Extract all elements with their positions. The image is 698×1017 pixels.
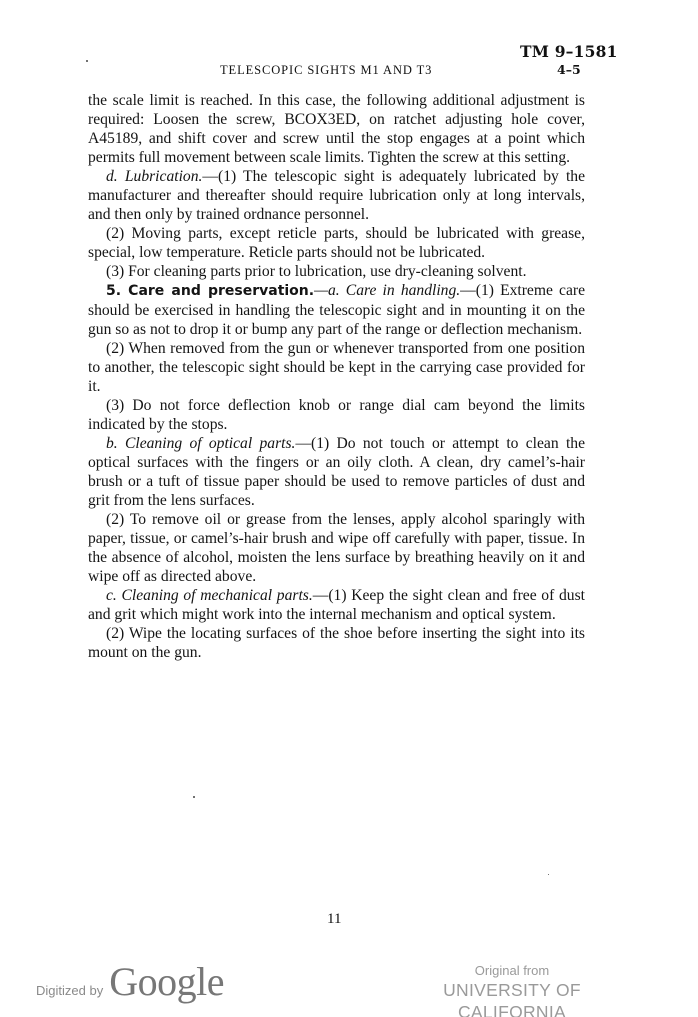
paragraph-mechanical-1: c. Cleaning of mechanical parts.—(1) Kee… [88,586,585,624]
running-title: TELESCOPIC SIGHTS M1 AND T3 [220,63,432,78]
subsection-label-handling: —a. Care in handling. [314,282,460,299]
paragraph-adjustment: the scale limit is reached. In this case… [88,91,585,167]
scan-speck [86,60,88,62]
paragraph-optical-1: b. Cleaning of optical parts.—(1) Do not… [88,434,585,510]
subsection-label-lubrication: d. Lubrication. [106,168,202,185]
paragraph-care-3: (3) Do not force deflection knob or rang… [88,396,585,434]
original-from-watermark: Original from UNIVERSITY OF CALIFORNIA [390,962,634,1017]
paragraph-care-2: (2) When removed from the gun or wheneve… [88,339,585,396]
subsection-label-optical: b. Cleaning of optical parts. [106,435,295,452]
digitized-by-watermark: Digitized by Google [36,958,224,1005]
body-text: the scale limit is reached. In this case… [88,91,585,662]
tm-number: TM 9–1581 [520,42,618,61]
google-logo: Google [109,958,224,1005]
paragraph-mechanical-2: (2) Wipe the locating surfaces of the sh… [88,624,585,662]
university-name: UNIVERSITY OF CALIFORNIA [390,979,634,1017]
page-number: 11 [327,911,341,928]
section-heading-care: 5. Care and preservation. [106,283,314,299]
digitized-by-label: Digitized by [36,983,103,998]
scan-speck [548,874,549,875]
paragraph-optical-2: (2) To remove oil or grease from the len… [88,510,585,586]
original-from-label: Original from [390,962,634,979]
paragraph-care-1: 5. Care and preservation.—a. Care in han… [88,281,585,339]
paragraph-lubrication-2: (2) Moving parts, except reticle parts, … [88,224,585,262]
subsection-label-mechanical: c. Cleaning of mechanical parts. [106,587,313,604]
paragraph-lubrication-1: d. Lubrication.—(1) The telescopic sight… [88,167,585,224]
section-reference: 4–5 [557,62,581,77]
scan-speck [193,796,195,798]
document-page: TM 9–1581 TELESCOPIC SIGHTS M1 AND T3 4–… [0,0,698,1017]
paragraph-lubrication-3: (3) For cleaning parts prior to lubricat… [88,262,585,281]
